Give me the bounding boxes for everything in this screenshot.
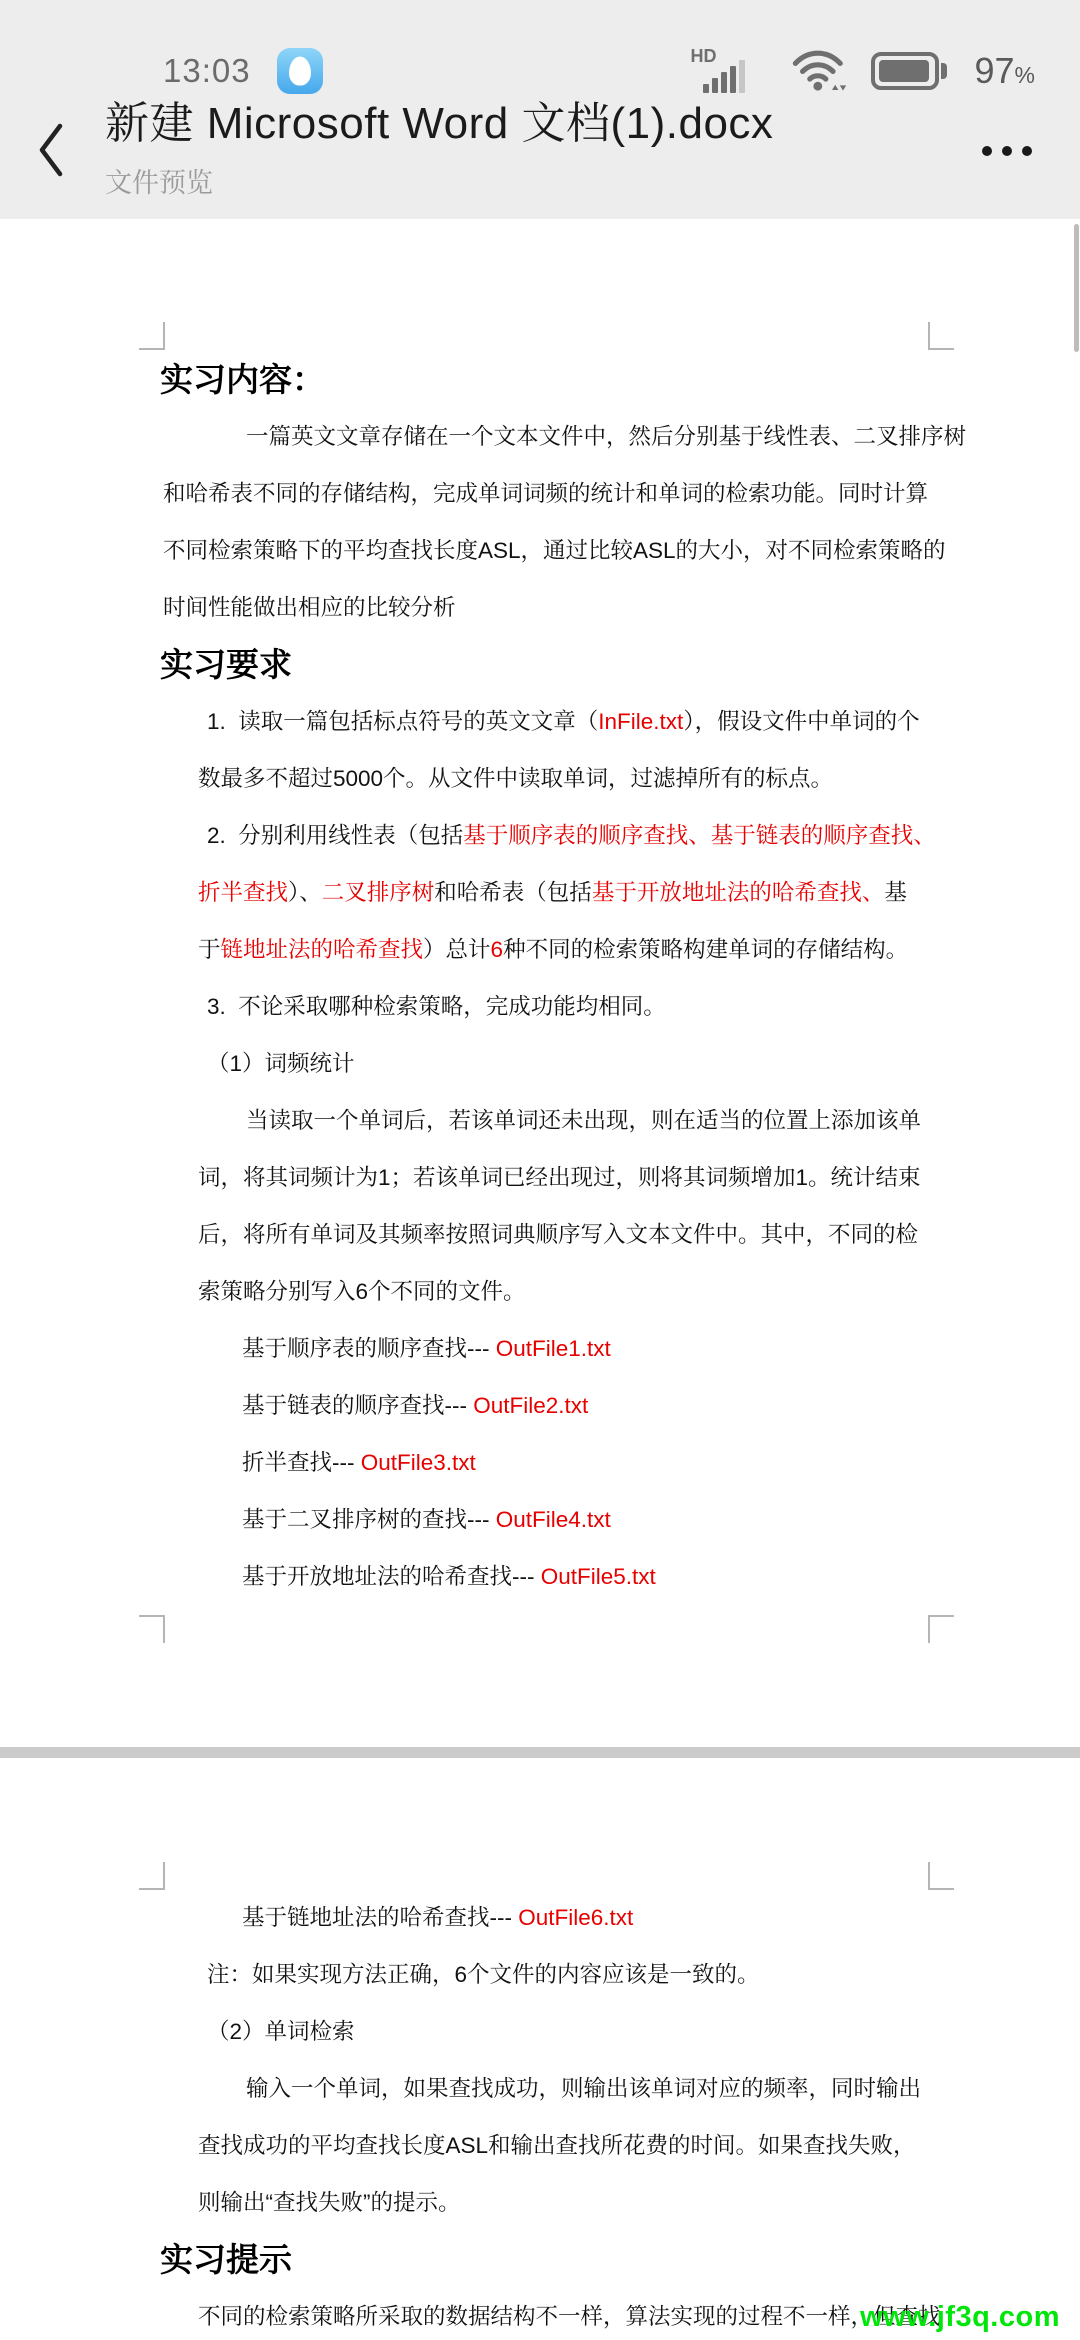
app-header: 新建 Microsoft Word 文档(1).docx 文件预览 xyxy=(0,96,1080,220)
doc-line: 于链地址法的哈希查找）总计6种不同的检索策略构建单词的存储结构。 xyxy=(0,921,1080,978)
battery-percent: 97% xyxy=(975,50,1036,92)
doc-text: 基于开放地址法的哈希查找--- xyxy=(242,1564,541,1589)
doc-text: 时间性能做出相应的比较分析 xyxy=(163,595,456,620)
scrollbar[interactable] xyxy=(1074,224,1079,352)
doc-line: 查找成功的平均查找长度ASL和输出查找所花费的时间。如果查找失败， xyxy=(0,2117,1080,2174)
red-text: 基于顺序表的顺序查找、基于链表的顺序查找、 xyxy=(463,823,936,848)
document-scroll-area[interactable]: 实习内容：一篇英文文章存储在一个文本文件中，然后分别基于线性表、二叉排序树和哈希… xyxy=(0,219,1080,2340)
doc-text: 基于链表的顺序查找--- xyxy=(242,1393,473,1418)
signal-bars-icon xyxy=(703,60,745,93)
doc-line: 当读取一个单词后，若该单词还未出现，则在适当的位置上添加该单 xyxy=(0,1092,1080,1149)
doc-line: 实习要求 xyxy=(0,636,1080,693)
cell-signal-icon: HD xyxy=(691,46,767,96)
red-text: 二叉排序树 xyxy=(322,880,435,905)
doc-line: 基于顺序表的顺序查找--- OutFile1.txt xyxy=(0,1320,1080,1377)
doc-line: 1. 读取一篇包括标点符号的英文文章（InFile.txt），假设文件中单词的个 xyxy=(0,693,1080,750)
red-text: 链地址法的哈希查找 xyxy=(221,937,424,962)
doc-text: 一篇英文文章存储在一个文本文件中，然后分别基于线性表、二叉排序树 xyxy=(246,424,966,449)
doc-line: 实习提示 xyxy=(0,2231,1080,2288)
watermark: www.jf3q.com xyxy=(860,2301,1060,2334)
battery-icon xyxy=(871,52,947,90)
doc-text: 词，将其词频计为1；若该单词已经出现过，则将其词频增加1。统计结束 xyxy=(198,1165,921,1190)
doc-text: ），假设文件中单词的个 xyxy=(683,709,919,734)
doc-line: 基于开放地址法的哈希查找--- OutFile5.txt xyxy=(0,1548,1080,1605)
doc-line: 词，将其词频计为1；若该单词已经出现过，则将其词频增加1。统计结束 xyxy=(0,1149,1080,1206)
doc-line: 基于二叉排序树的查找--- OutFile4.txt xyxy=(0,1491,1080,1548)
red-text: 折半查找 xyxy=(198,880,288,905)
red-text: 基于开放地址法的哈希查找、 xyxy=(592,880,885,905)
doc-line: 不同检索策略下的平均查找长度ASL，通过比较ASL的大小，对不同检索策略的 xyxy=(0,522,1080,579)
red-text: OutFile5.txt xyxy=(541,1564,656,1589)
doc-text: 种不同的检索策略构建单词的存储结构。 xyxy=(503,937,908,962)
doc-text: 数最多不超过5000个。从文件中读取单词，过滤掉所有的标点。 xyxy=(198,766,833,791)
doc-text: 当读取一个单词后，若该单词还未出现，则在适当的位置上添加该单 xyxy=(246,1108,921,1133)
page-2-text: 基于链地址法的哈希查找--- OutFile6.txt注：如果实现方法正确，6个… xyxy=(0,1758,1080,2340)
doc-line: 一篇英文文章存储在一个文本文件中，然后分别基于线性表、二叉排序树 xyxy=(0,408,1080,465)
document-page-1: 实习内容：一篇英文文章存储在一个文本文件中，然后分别基于线性表、二叉排序树和哈希… xyxy=(0,219,1080,1747)
doc-line: 注：如果实现方法正确，6个文件的内容应该是一致的。 xyxy=(0,1946,1080,2003)
page-divider xyxy=(0,1747,1080,1758)
doc-text: 2. 分别利用线性表（包括 xyxy=(207,823,463,848)
doc-text: 基于链地址法的哈希查找--- xyxy=(242,1905,518,1930)
doc-line: 基于链表的顺序查找--- OutFile2.txt xyxy=(0,1377,1080,1434)
doc-text: ）总计 xyxy=(423,937,491,962)
dot-icon xyxy=(982,146,992,156)
doc-text: 输入一个单词，如果查找成功，则输出该单词对应的频率，同时输出 xyxy=(246,2076,921,2101)
back-button[interactable] xyxy=(32,118,72,182)
doc-line: 时间性能做出相应的比较分析 xyxy=(0,579,1080,636)
doc-line: （1）词频统计 xyxy=(0,1035,1080,1092)
doc-text: 不同检索策略下的平均查找长度ASL，通过比较ASL的大小，对不同检索策略的 xyxy=(163,538,946,563)
doc-text: 基于顺序表的顺序查找--- xyxy=(242,1336,496,1361)
more-options-button[interactable] xyxy=(976,140,1038,162)
red-text: OutFile6.txt xyxy=(518,1905,633,1930)
red-text: OutFile2.txt xyxy=(473,1393,588,1418)
page-subtitle: 文件预览 xyxy=(105,161,773,200)
doc-text: 和哈希表不同的存储结构，完成单词词频的统计和单词的检索功能。同时计算 xyxy=(163,481,928,506)
page-1-text: 实习内容：一篇英文文章存储在一个文本文件中，然后分别基于线性表、二叉排序树和哈希… xyxy=(0,219,1080,1605)
doc-text: 实习要求 xyxy=(160,646,292,683)
clock: 13:03 xyxy=(163,52,251,90)
doc-line: 和哈希表不同的存储结构，完成单词词频的统计和单词的检索功能。同时计算 xyxy=(0,465,1080,522)
doc-text: 和哈希表（包括 xyxy=(434,880,592,905)
doc-text: 实习提示 xyxy=(160,2241,292,2278)
doc-text: 后，将所有单词及其频率按照词典顺序写入文本文件中。其中，不同的检 xyxy=(198,1222,918,1247)
doc-text: 基于二叉排序树的查找--- xyxy=(242,1507,496,1532)
margin-mark-icon xyxy=(139,1615,165,1643)
doc-text: 1. 读取一篇包括标点符号的英文文章（ xyxy=(207,709,598,734)
red-text: OutFile3.txt xyxy=(361,1450,476,1475)
phone-screen: 13:03 HD xyxy=(0,0,1080,2340)
dot-icon xyxy=(1002,146,1012,156)
red-text: InFile.txt xyxy=(598,709,683,734)
red-text: OutFile4.txt xyxy=(496,1507,611,1532)
doc-line: 3. 不论采取哪种检索策略，完成功能均相同。 xyxy=(0,978,1080,1035)
doc-text: 基 xyxy=(884,880,907,905)
doc-line: 索策略分别写入6个不同的文件。 xyxy=(0,1263,1080,1320)
margin-mark-icon xyxy=(928,1615,954,1643)
doc-text: 则输出“查找失败”的提示。 xyxy=(198,2190,461,2215)
doc-line: 输入一个单词，如果查找成功，则输出该单词对应的频率，同时输出 xyxy=(0,2060,1080,2117)
doc-text: 于 xyxy=(198,937,221,962)
doc-text: 实习内容： xyxy=(160,361,325,398)
doc-line: 则输出“查找失败”的提示。 xyxy=(0,2174,1080,2231)
red-text: OutFile1.txt xyxy=(496,1336,611,1361)
doc-line: 折半查找--- OutFile3.txt xyxy=(0,1434,1080,1491)
doc-line: 2. 分别利用线性表（包括基于顺序表的顺序查找、基于链表的顺序查找、 xyxy=(0,807,1080,864)
doc-text: 索策略分别写入6个不同的文件。 xyxy=(198,1279,526,1304)
qq-notification-icon xyxy=(277,48,323,94)
wifi-icon xyxy=(791,47,847,95)
penguin-glyph xyxy=(289,57,311,86)
doc-text: ）、 xyxy=(288,880,322,905)
doc-text: 折半查找--- xyxy=(242,1450,361,1475)
doc-line: 后，将所有单词及其频率按照词典顺序写入文本文件中。其中，不同的检 xyxy=(0,1206,1080,1263)
page-title: 新建 Microsoft Word 文档(1).docx xyxy=(105,98,773,150)
doc-line: 基于链地址法的哈希查找--- OutFile6.txt xyxy=(0,1889,1080,1946)
doc-line: 数最多不超过5000个。从文件中读取单词，过滤掉所有的标点。 xyxy=(0,750,1080,807)
doc-text: （2）单词检索 xyxy=(207,2019,355,2044)
doc-line: 折半查找）、二叉排序树和哈希表（包括基于开放地址法的哈希查找、基 xyxy=(0,864,1080,921)
doc-text: 不同的检索策略所采取的数据结构不一样，算法实现的过程不一样，但查找 xyxy=(198,2304,941,2329)
doc-line: 实习内容： xyxy=(0,351,1080,408)
document-page-2: 基于链地址法的哈希查找--- OutFile6.txt注：如果实现方法正确，6个… xyxy=(0,1758,1080,2340)
doc-text: （1）词频统计 xyxy=(207,1051,355,1076)
doc-text: 注：如果实现方法正确，6个文件的内容应该是一致的。 xyxy=(207,1962,760,1987)
doc-text: 3. 不论采取哪种检索策略，完成功能均相同。 xyxy=(207,994,666,1019)
red-text: 6 xyxy=(491,937,504,962)
dot-icon xyxy=(1022,146,1032,156)
doc-line: （2）单词检索 xyxy=(0,2003,1080,2060)
doc-text: 查找成功的平均查找长度ASL和输出查找所花费的时间。如果查找失败， xyxy=(198,2133,916,2158)
